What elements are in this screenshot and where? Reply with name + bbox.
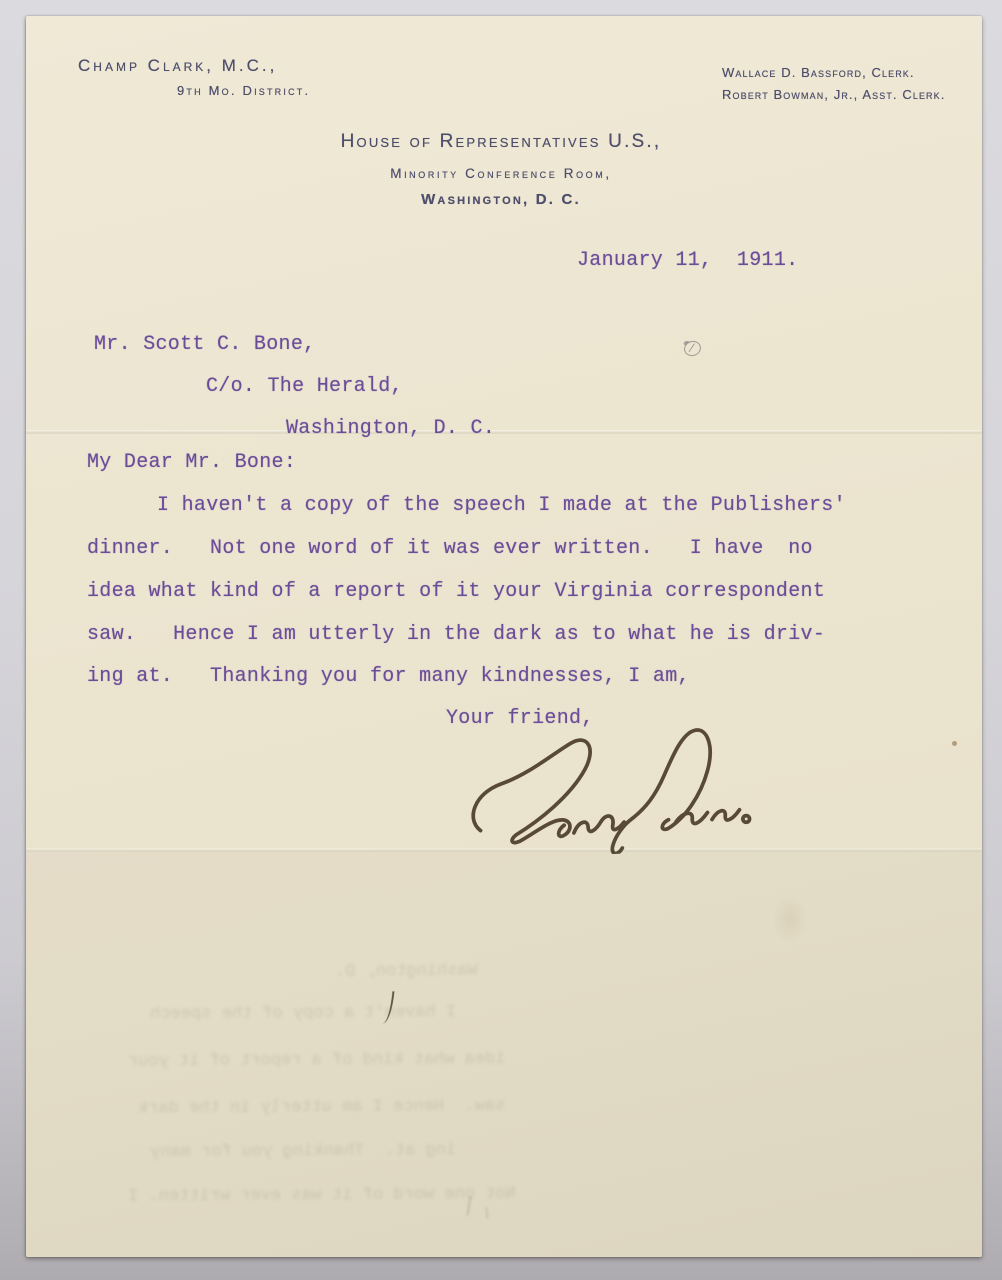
letterhead-city: Washington, D. C. bbox=[0, 191, 1002, 208]
body-line: I haven't a copy of the speech I made at… bbox=[157, 494, 846, 517]
faint-stain bbox=[772, 895, 808, 943]
paper-speck bbox=[952, 741, 957, 746]
bleedthrough-line: Not one word of it was ever written. I bbox=[128, 1185, 516, 1207]
bleedthrough-line: Washington, D. bbox=[335, 962, 478, 982]
signature-ink-scrawl bbox=[459, 716, 765, 862]
recipient-name: Mr. Scott C. Bone, bbox=[94, 333, 315, 356]
letterhead-district: 9th Mo. District. bbox=[177, 83, 310, 98]
letterhead-asst-clerk-name: Robert Bowman, Jr., Asst. Clerk. bbox=[722, 87, 945, 102]
salutation: My Dear Mr. Bone: bbox=[87, 451, 296, 474]
letterhead-room: Minority Conference Room, bbox=[0, 166, 1002, 181]
bleedthrough-line: ing at. Thanking you for many bbox=[150, 1141, 456, 1162]
bleedthrough-line: saw. Hence I am utterly in the dark bbox=[138, 1097, 505, 1119]
signature-champ-clark: Champ Clark. bbox=[459, 716, 765, 862]
body-line: dinner. Not one word of it was ever writ… bbox=[87, 537, 813, 560]
body-line: idea what kind of a report of it your Vi… bbox=[87, 580, 825, 603]
body-line: saw. Hence I am utterly in the dark as t… bbox=[87, 623, 825, 646]
letterhead-clerk-name: Wallace D. Bassford, Clerk. bbox=[722, 65, 915, 80]
bleedthrough-line: I haven't a copy of the speech bbox=[150, 1003, 456, 1024]
recipient-city: Washington, D. C. bbox=[286, 417, 495, 440]
letterhead-institution: House of Representatives U.S., bbox=[0, 131, 1002, 153]
bleedthrough-line: idea what kind of a report of it your bbox=[128, 1050, 506, 1072]
recipient-care-of: C/o. The Herald, bbox=[206, 375, 403, 398]
date-line: January 11, 1911. bbox=[577, 249, 798, 272]
body-line: ing at. Thanking you for many kindnesses… bbox=[87, 665, 690, 688]
scanned-letter-photo: Champ Clark, M.C., 9th Mo. District. Wal… bbox=[0, 0, 1002, 1280]
letterhead-member-name: Champ Clark, M.C., bbox=[78, 56, 277, 76]
